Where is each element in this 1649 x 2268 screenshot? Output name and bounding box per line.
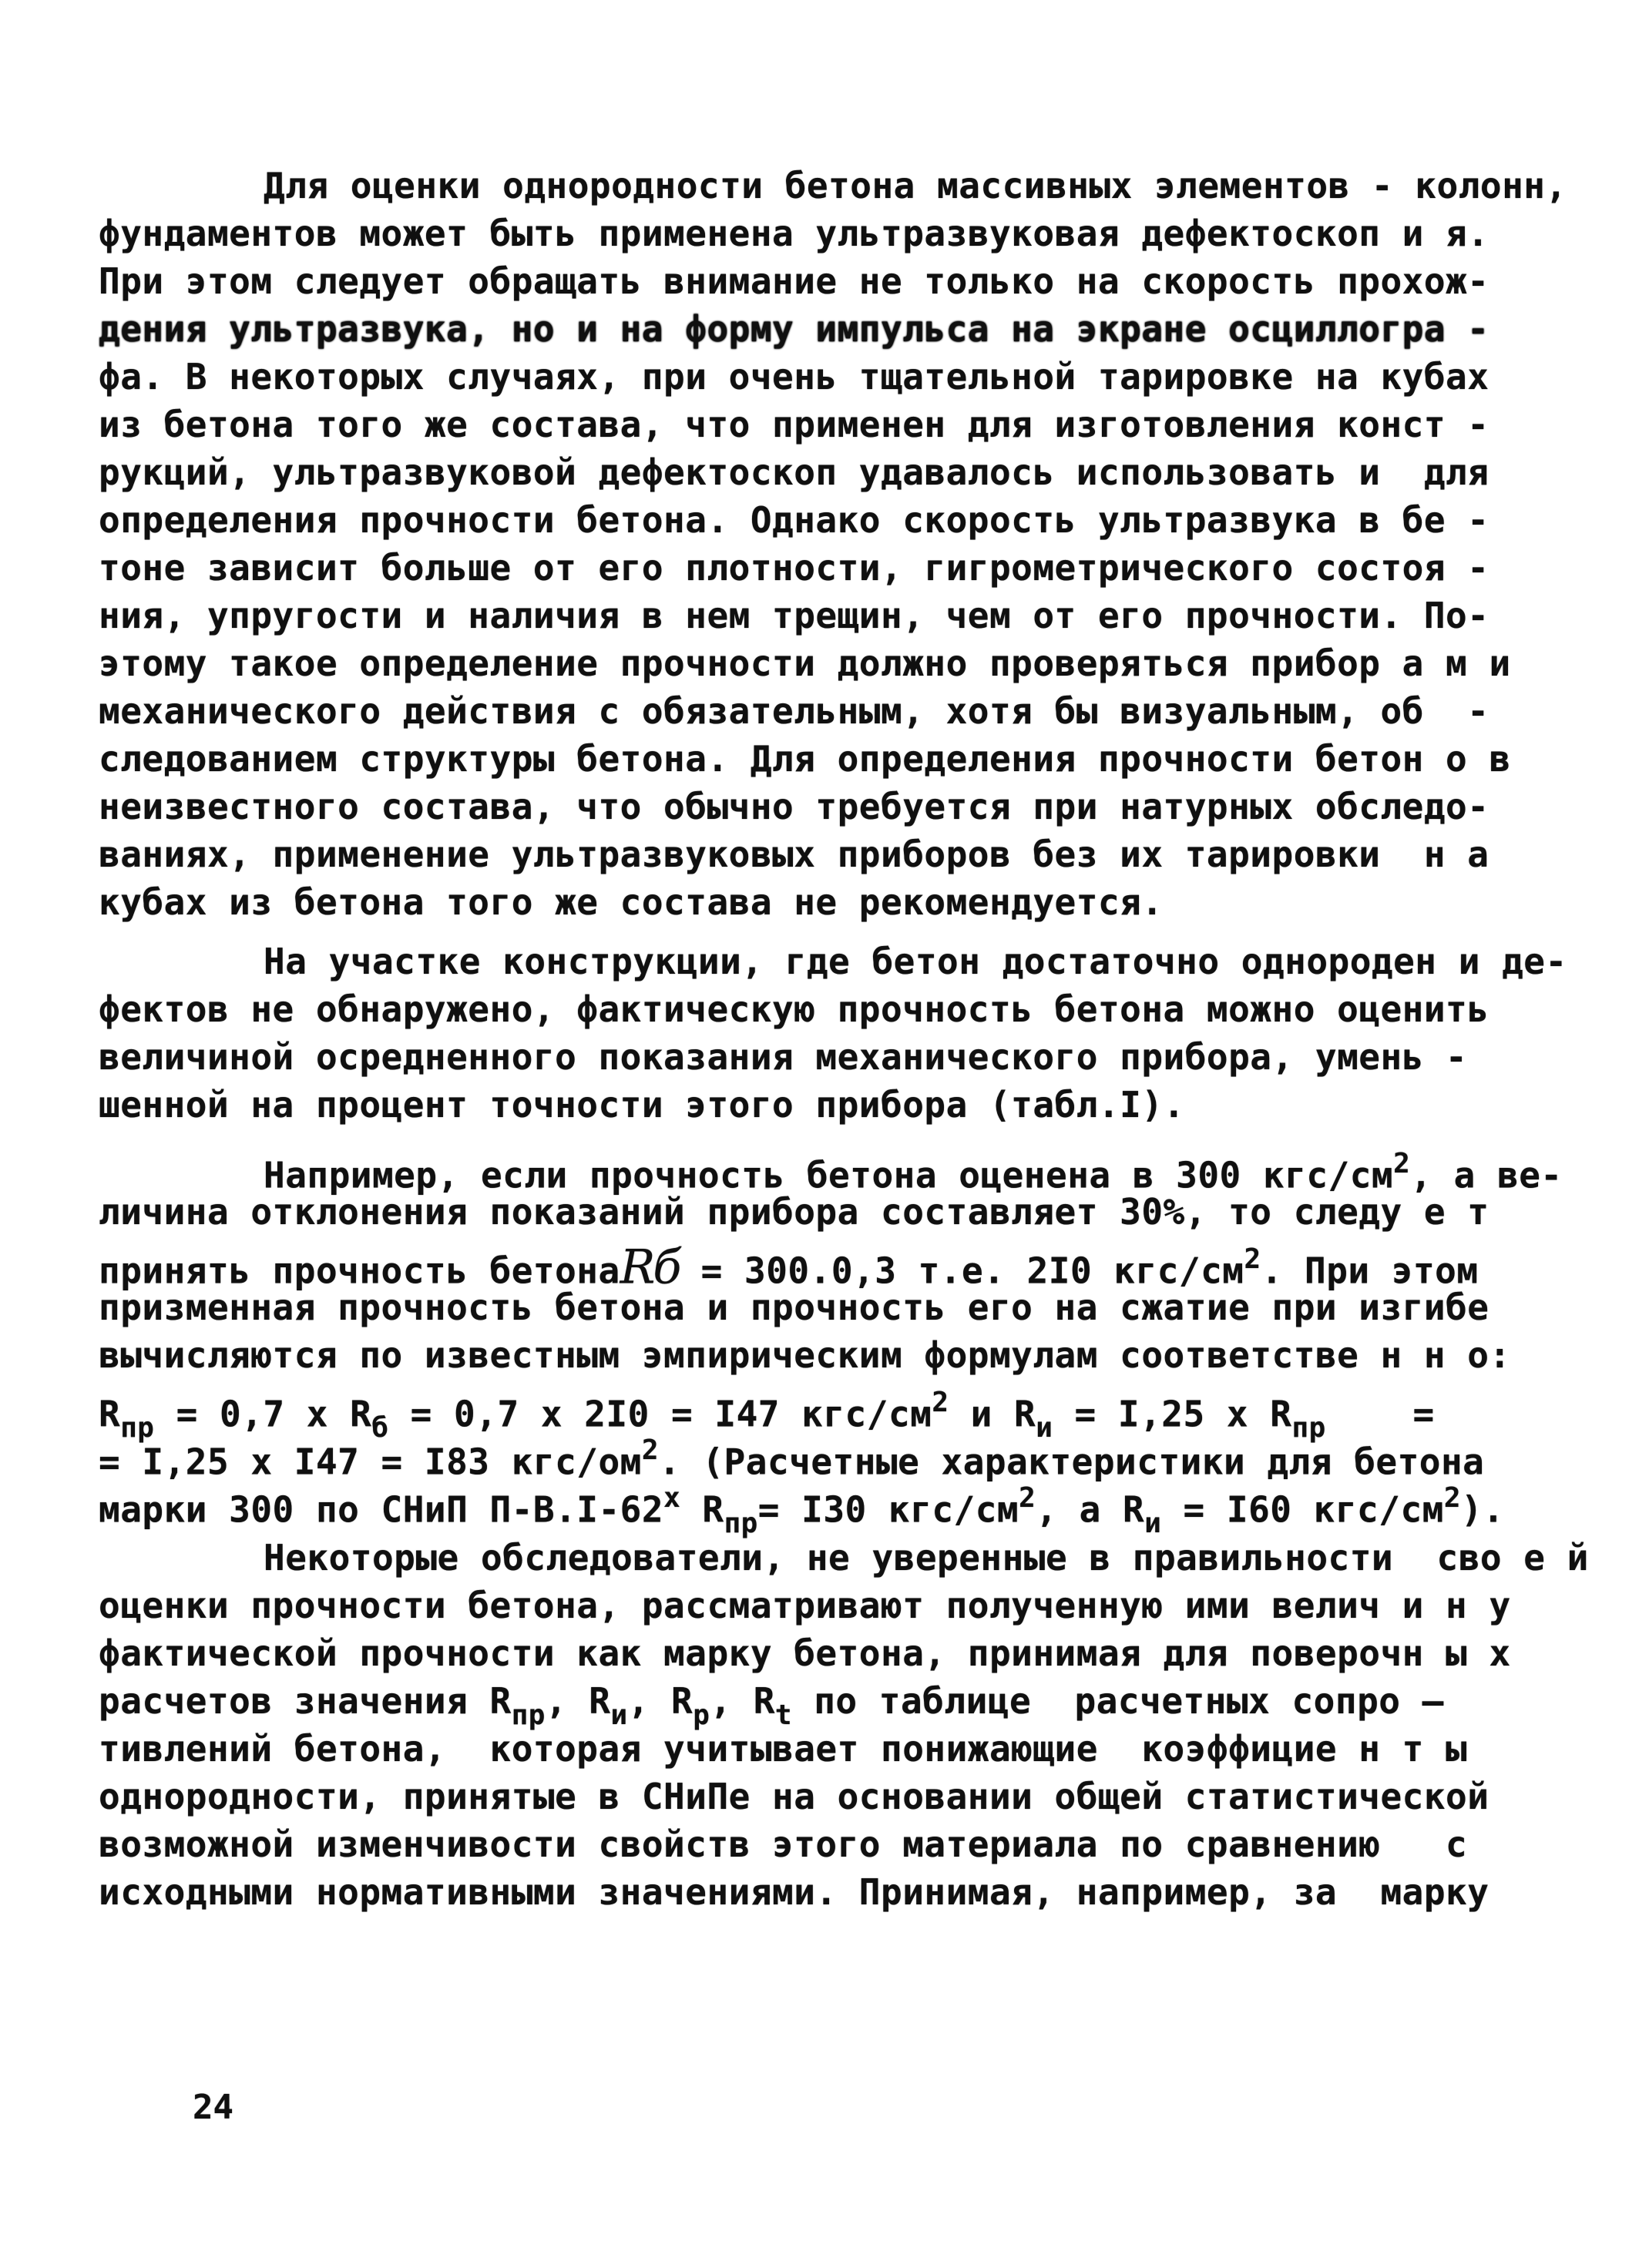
text-line: фа. В некоторых случаях, при очень тщате… xyxy=(99,353,1555,401)
text-segment: из бетона того же состава, что применен … xyxy=(99,404,1489,445)
paragraph: Например, если прочность бетона оценена … xyxy=(99,1140,1555,1522)
text-line: рукций, ультразвуковой дефектоскоп удава… xyxy=(99,448,1555,496)
text-segment: шенной на процент точности этого прибора… xyxy=(99,1084,1185,1126)
text-line: Некоторые обследователи, не уверенные в … xyxy=(99,1534,1555,1582)
text-segment: ваниях, применение ультразвуковых прибор… xyxy=(99,834,1489,875)
text-segment: вычисляются по известным эмпирическим фо… xyxy=(99,1334,1511,1376)
text-line: ваниях, применение ультразвуковых прибор… xyxy=(99,830,1555,878)
text-line: из бетона того же состава, что применен … xyxy=(99,401,1555,448)
superscript-text: 2 xyxy=(642,1427,659,1475)
text-segment: этому такое определение прочности должно… xyxy=(99,642,1511,684)
superscript-text: 2 xyxy=(1019,1475,1036,1522)
text-segment: , R xyxy=(710,1680,775,1722)
text-segment: дения ультразвука, но и на форму импульс… xyxy=(99,308,1489,350)
text-line: дения ультразвука, но и на форму импульс… xyxy=(99,305,1555,353)
text-line: ния, упругости и наличия в нем трещин, ч… xyxy=(99,592,1555,639)
text-segment: , R xyxy=(628,1680,694,1722)
text-line: марки 300 по СНиП П-В.I-62х Rпр= I30 кгс… xyxy=(99,1475,1555,1522)
text-segment: кубах из бетона того же состава не реком… xyxy=(99,881,1164,923)
text-line: тоне зависит больше от его плотности, ги… xyxy=(99,544,1555,592)
superscript-text: 2 xyxy=(1393,1140,1410,1188)
paragraph: На участке конструкции, где бетон достат… xyxy=(99,938,1555,1129)
superscript-text: х xyxy=(663,1475,680,1522)
text-segment: величиной осредненного показания механич… xyxy=(99,1036,1467,1078)
text-segment: исходными нормативными значениями. Прини… xyxy=(99,1871,1489,1913)
text-segment: тоне зависит больше от его плотности, ги… xyxy=(99,547,1489,589)
text-line: кубах из бетона того же состава не реком… xyxy=(99,878,1555,926)
text-line: расчетов значения Rпр, Rи, Rр, Rt по таб… xyxy=(99,1677,1555,1725)
text-line: Для оценки однородности бетона массивных… xyxy=(99,162,1555,210)
text-segment: , а R xyxy=(1036,1489,1144,1531)
text-segment: возможной изменчивости свойств этого мат… xyxy=(99,1823,1467,1865)
text-segment: следованием структуры бетона. Для опреде… xyxy=(99,738,1511,780)
paragraph: Некоторые обследователи, не уверенные в … xyxy=(99,1534,1555,1916)
document-page: Для оценки однородности бетона массивных… xyxy=(0,0,1649,2268)
text-line: фундаментов может быть применена ультраз… xyxy=(99,210,1555,257)
text-line: фактической прочности как марку бетона, … xyxy=(99,1629,1555,1677)
text-segment: Некоторые обследователи, не уверенные в … xyxy=(264,1537,1589,1579)
text-segment: На участке конструкции, где бетон достат… xyxy=(264,941,1567,982)
text-segment: по таблице расчетных сопро — xyxy=(792,1680,1444,1722)
text-line: Rпр = 0,7 х Rб = 0,7 х 2I0 = I47 кгс/см2… xyxy=(99,1379,1555,1427)
text-segment: марки 300 по СНиП П-В.I-62 xyxy=(99,1489,663,1531)
text-segment: фактической прочности как марку бетона, … xyxy=(99,1632,1511,1674)
text-line: этому такое определение прочности должно… xyxy=(99,639,1555,687)
text-line: При этом следует обращать внимание не то… xyxy=(99,257,1555,305)
text-segment: личина отклонения показаний прибора сост… xyxy=(99,1191,1489,1233)
text-segment: При этом следует обращать внимание не то… xyxy=(99,260,1489,302)
text-segment: = I30 кгс/см xyxy=(758,1489,1019,1531)
text-line: неизвестного состава, что обычно требует… xyxy=(99,783,1555,830)
text-line: исходными нормативными значениями. Прини… xyxy=(99,1868,1555,1916)
text-line: следованием структуры бетона. Для опреде… xyxy=(99,735,1555,783)
text-segment: механического действия с обязательным, х… xyxy=(99,690,1489,732)
text-line: вычисляются по известным эмпирическим фо… xyxy=(99,1331,1555,1379)
superscript-text: 2 xyxy=(1244,1236,1261,1283)
text-line: На участке конструкции, где бетон достат… xyxy=(99,938,1555,985)
text-line: фектов не обнаружено, фактическую прочно… xyxy=(99,985,1555,1033)
text-segment: тивлений бетона, которая учитывает пониж… xyxy=(99,1728,1467,1770)
text-line: однородности, принятые в СНиПе на основа… xyxy=(99,1773,1555,1820)
superscript-text: 2 xyxy=(932,1379,949,1427)
superscript-text: 2 xyxy=(1444,1475,1461,1522)
text-line: определения прочности бетона. Однако ско… xyxy=(99,496,1555,544)
text-segment: фа. В некоторых случаях, при очень тщате… xyxy=(99,356,1489,398)
text-line: возможной изменчивости свойств этого мат… xyxy=(99,1820,1555,1868)
text-segment: R xyxy=(680,1489,724,1531)
text-segment: фектов не обнаружено, фактическую прочно… xyxy=(99,988,1489,1030)
page-number: 24 xyxy=(193,2088,233,2127)
text-segment: неизвестного состава, что обычно требует… xyxy=(99,786,1489,827)
text-line: оценки прочности бетона, рассматривают п… xyxy=(99,1582,1555,1629)
text-segment: однородности, принятые в СНиПе на основа… xyxy=(99,1776,1489,1817)
text-segment: фундаментов может быть применена ультраз… xyxy=(99,213,1489,254)
text-block: Для оценки однородности бетона массивных… xyxy=(99,162,1555,1927)
text-segment: рукций, ультразвуковой дефектоскоп удава… xyxy=(99,451,1489,493)
text-segment: определения прочности бетона. Однако ско… xyxy=(99,499,1489,541)
text-segment: , R xyxy=(546,1680,611,1722)
text-line: призменная прочность бетона и прочность … xyxy=(99,1283,1555,1331)
text-segment: расчетов значения R xyxy=(99,1680,512,1722)
text-segment: призменная прочность бетона и прочность … xyxy=(99,1287,1489,1328)
text-segment: ния, упругости и наличия в нем трещин, ч… xyxy=(99,595,1489,636)
text-line: принять прочность бетонаRб = 300.0,3 т.е… xyxy=(99,1236,1555,1283)
text-segment: оценки прочности бетона, рассматривают п… xyxy=(99,1585,1511,1626)
text-line: личина отклонения показаний прибора сост… xyxy=(99,1188,1555,1236)
text-line: величиной осредненного показания механич… xyxy=(99,1033,1555,1081)
text-line: шенной на процент точности этого прибора… xyxy=(99,1081,1555,1129)
text-segment: ). xyxy=(1461,1489,1504,1531)
text-line: тивлений бетона, которая учитывает пониж… xyxy=(99,1725,1555,1773)
paragraph: Для оценки однородности бетона массивных… xyxy=(99,162,1555,926)
text-segment: = I60 кгс/см xyxy=(1161,1489,1444,1531)
text-line: механического действия с обязательным, х… xyxy=(99,687,1555,735)
text-segment: Для оценки однородности бетона массивных… xyxy=(264,165,1567,206)
text-line: = I,25 х I47 = I83 кгс/ом2. (Расчетные х… xyxy=(99,1427,1555,1475)
text-line: Например, если прочность бетона оценена … xyxy=(99,1140,1555,1188)
